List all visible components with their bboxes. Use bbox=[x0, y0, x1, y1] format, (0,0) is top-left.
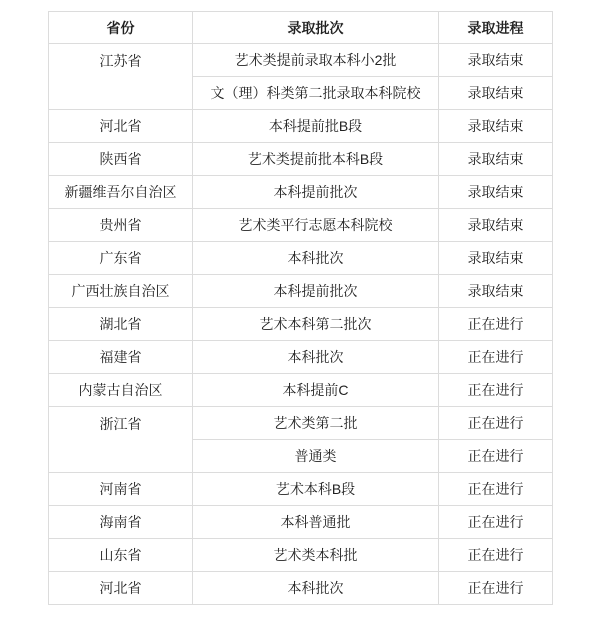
province-cell: 江苏省 bbox=[49, 44, 193, 110]
province-cell: 河北省 bbox=[49, 110, 193, 143]
progress-cell: 录取结束 bbox=[439, 143, 553, 176]
progress-cell: 正在进行 bbox=[439, 440, 553, 473]
batch-cell: 本科提前C bbox=[193, 374, 439, 407]
table-row: 新疆维吾尔自治区 本科提前批次 录取结束 bbox=[49, 176, 553, 209]
progress-cell: 正在进行 bbox=[439, 539, 553, 572]
province-cell: 内蒙古自治区 bbox=[49, 374, 193, 407]
batch-cell: 本科批次 bbox=[193, 242, 439, 275]
table-row: 浙江省 艺术类第二批 正在进行 bbox=[49, 407, 553, 440]
batch-cell: 本科提前批次 bbox=[193, 176, 439, 209]
table-row: 内蒙古自治区 本科提前C 正在进行 bbox=[49, 374, 553, 407]
batch-cell: 艺术类平行志愿本科院校 bbox=[193, 209, 439, 242]
batch-cell: 本科普通批 bbox=[193, 506, 439, 539]
progress-cell: 录取结束 bbox=[439, 242, 553, 275]
province-cell: 新疆维吾尔自治区 bbox=[49, 176, 193, 209]
progress-cell: 正在进行 bbox=[439, 374, 553, 407]
table-row: 福建省 本科批次 正在进行 bbox=[49, 341, 553, 374]
batch-cell: 艺术类提前批本科B段 bbox=[193, 143, 439, 176]
province-cell: 河南省 bbox=[49, 473, 193, 506]
progress-cell: 正在进行 bbox=[439, 506, 553, 539]
header-progress: 录取进程 bbox=[439, 12, 553, 44]
table-row: 河北省 本科批次 正在进行 bbox=[49, 572, 553, 605]
progress-cell: 录取结束 bbox=[439, 209, 553, 242]
batch-cell: 艺术类提前录取本科小2批 bbox=[193, 44, 439, 77]
batch-cell: 艺术本科第二批次 bbox=[193, 308, 439, 341]
province-cell: 广东省 bbox=[49, 242, 193, 275]
header-batch: 录取批次 bbox=[193, 12, 439, 44]
batch-cell: 文（理）科类第二批录取本科院校 bbox=[193, 77, 439, 110]
table-row: 广西壮族自治区 本科提前批次 录取结束 bbox=[49, 275, 553, 308]
progress-cell: 录取结束 bbox=[439, 275, 553, 308]
table-row: 海南省 本科普通批 正在进行 bbox=[49, 506, 553, 539]
batch-cell: 普通类 bbox=[193, 440, 439, 473]
province-cell: 河北省 bbox=[49, 572, 193, 605]
province-cell: 福建省 bbox=[49, 341, 193, 374]
admissions-table: 省份 录取批次 录取进程 江苏省 艺术类提前录取本科小2批 录取结束 文（理）科… bbox=[48, 11, 553, 605]
province-cell: 贵州省 bbox=[49, 209, 193, 242]
province-cell: 山东省 bbox=[49, 539, 193, 572]
table-row: 陕西省 艺术类提前批本科B段 录取结束 bbox=[49, 143, 553, 176]
table-row: 贵州省 艺术类平行志愿本科院校 录取结束 bbox=[49, 209, 553, 242]
table-row: 河南省 艺术本科B段 正在进行 bbox=[49, 473, 553, 506]
table-row: 河北省 本科提前批B段 录取结束 bbox=[49, 110, 553, 143]
batch-cell: 艺术类第二批 bbox=[193, 407, 439, 440]
progress-cell: 录取结束 bbox=[439, 44, 553, 77]
header-row: 省份 录取批次 录取进程 bbox=[49, 12, 553, 44]
batch-cell: 本科批次 bbox=[193, 341, 439, 374]
progress-cell: 正在进行 bbox=[439, 572, 553, 605]
progress-cell: 录取结束 bbox=[439, 176, 553, 209]
batch-cell: 本科提前批B段 bbox=[193, 110, 439, 143]
batch-cell: 艺术类本科批 bbox=[193, 539, 439, 572]
batch-cell: 艺术本科B段 bbox=[193, 473, 439, 506]
batch-cell: 本科批次 bbox=[193, 572, 439, 605]
batch-cell: 本科提前批次 bbox=[193, 275, 439, 308]
header-province: 省份 bbox=[49, 12, 193, 44]
province-cell: 湖北省 bbox=[49, 308, 193, 341]
table-row: 湖北省 艺术本科第二批次 正在进行 bbox=[49, 308, 553, 341]
province-cell: 陕西省 bbox=[49, 143, 193, 176]
progress-cell: 正在进行 bbox=[439, 407, 553, 440]
progress-cell: 正在进行 bbox=[439, 473, 553, 506]
table-row: 山东省 艺术类本科批 正在进行 bbox=[49, 539, 553, 572]
province-cell: 海南省 bbox=[49, 506, 193, 539]
progress-cell: 录取结束 bbox=[439, 77, 553, 110]
progress-cell: 正在进行 bbox=[439, 308, 553, 341]
table-row: 广东省 本科批次 录取结束 bbox=[49, 242, 553, 275]
progress-cell: 录取结束 bbox=[439, 110, 553, 143]
progress-cell: 正在进行 bbox=[439, 341, 553, 374]
province-cell: 浙江省 bbox=[49, 407, 193, 473]
province-cell: 广西壮族自治区 bbox=[49, 275, 193, 308]
page: 省份 录取批次 录取进程 江苏省 艺术类提前录取本科小2批 录取结束 文（理）科… bbox=[0, 0, 600, 630]
table-row: 江苏省 艺术类提前录取本科小2批 录取结束 bbox=[49, 44, 553, 77]
